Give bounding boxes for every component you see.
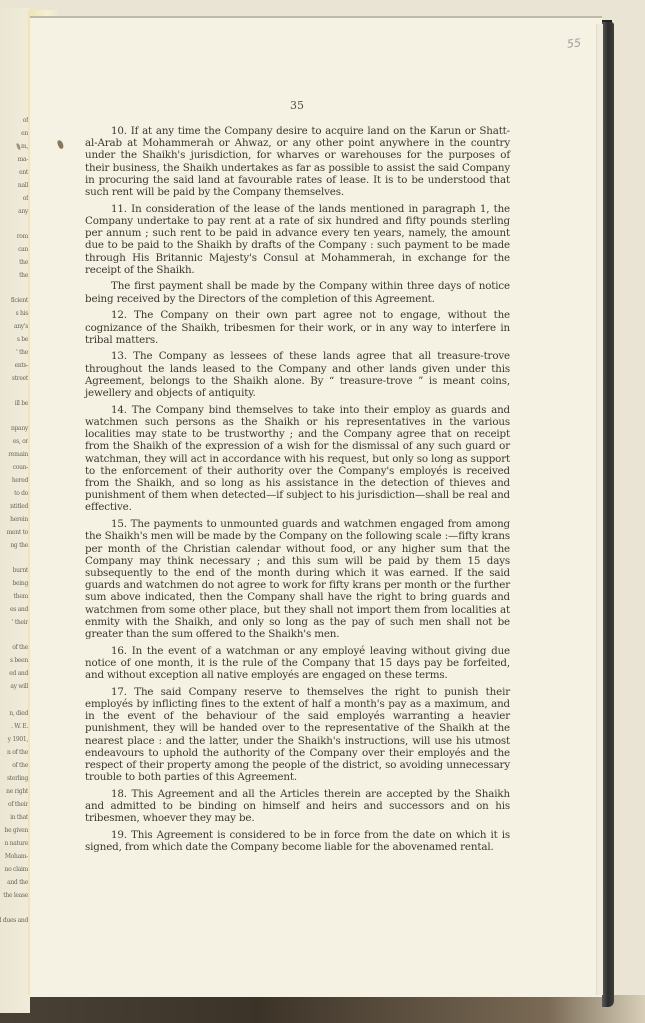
facing-page-text-fragment: al dues and: [0, 918, 28, 924]
facing-page-text-fragment: and the: [7, 880, 28, 886]
facing-page-text-fragment: of the: [12, 645, 28, 651]
facing-page-text-fragment: the: [19, 260, 28, 266]
facing-page-text-fragment: n, died: [9, 711, 28, 717]
facing-page-text-fragment: ' the: [16, 350, 28, 356]
paragraph-19: 19. This Agreement is considered to be i…: [85, 829, 510, 853]
page-edge: [596, 24, 603, 995]
facing-page-text-fragment: burnt: [13, 568, 28, 574]
facing-page-text-fragment: es, or: [13, 439, 28, 445]
facing-page-text-fragment: s his: [16, 311, 28, 317]
facing-page-text-fragment: remain: [8, 452, 28, 458]
facing-page-text-fragment: any's: [14, 324, 28, 330]
facing-page-text-fragment: being: [12, 581, 28, 587]
facing-page-text-fragment: the: [19, 273, 28, 279]
facing-page-text-fragment: sterling: [7, 776, 28, 782]
document-body: 10. If at any time the Company desire to…: [85, 125, 510, 858]
facing-page-text-fragment: ill be: [15, 401, 28, 407]
facing-page-text-fragment: street: [12, 376, 28, 382]
facing-page-text-fragment: m,: [21, 144, 28, 150]
facing-page-text-fragment: be given: [5, 828, 28, 834]
facing-page-text-fragment: ment to: [7, 530, 28, 536]
facing-page-text-fragment: ne right: [6, 789, 28, 795]
facing-page-text-fragment: s been: [10, 658, 28, 664]
paragraph-16: 16. In the event of a watchman or any em…: [85, 645, 510, 682]
facing-page-text-fragment: npany: [11, 426, 28, 432]
facing-page-text-fragment: hered: [12, 478, 28, 484]
facing-page-text-fragment: y 1901,: [8, 737, 28, 743]
paragraph-10: 10. If at any time the Company desire to…: [85, 125, 510, 198]
paragraph-12: 12. The Company on their own part agree …: [85, 309, 510, 346]
facing-page-text-fragment: . W. E.: [11, 724, 28, 730]
facing-page-text-fragment: ed and: [9, 671, 28, 677]
paragraph-13: 13. The Company as lessees of these land…: [85, 350, 510, 399]
facing-page-text-fragment: en: [21, 131, 28, 137]
facing-page-text-fragment: of their: [8, 802, 28, 808]
facing-page-text-fragment: them: [14, 594, 28, 600]
facing-page-text-fragment: any: [18, 209, 28, 215]
facing-page-text-fragment: can: [18, 247, 28, 253]
facing-page-text-fragment: ent: [19, 170, 28, 176]
facing-page-text-fragment: ents-: [15, 363, 28, 369]
facing-page-text-fragment: ficient: [11, 298, 28, 304]
paragraph-11: 11. In consideration of the lease of the…: [85, 203, 510, 276]
facing-page-text-fragment: s be: [17, 337, 28, 343]
facing-page-text-fragment: ng the: [10, 543, 28, 549]
facing-page-text-fragment: to do: [14, 491, 28, 497]
paragraph-18: 18. This Agreement and all the Articles …: [85, 788, 510, 825]
page-number: 35: [290, 99, 304, 112]
facing-page-text-fragment: coun-: [13, 465, 28, 471]
facing-page-text-fragment: in that: [10, 815, 28, 821]
paragraph-17: 17. The said Company reserve to themselv…: [85, 686, 510, 784]
facing-page-text-fragment: es and: [10, 607, 28, 613]
folio-annotation: 55: [566, 36, 581, 50]
facing-page-text-fragment: ma-: [18, 157, 28, 163]
facing-page-text-fragment: ntitled: [10, 504, 28, 510]
facing-page-text-fragment: rom: [17, 234, 28, 240]
facing-page-text-fragment: Moham-: [5, 854, 28, 860]
paragraph-15: 15. The payments to unmounted guards and…: [85, 518, 510, 640]
background-surface: [0, 995, 645, 1023]
facing-page-text-fragment: n of the: [7, 750, 28, 756]
binding-cover: [602, 22, 614, 1007]
facing-page-text-fragment: ' their: [12, 620, 28, 626]
facing-page-text-fragment: nall: [18, 183, 28, 189]
facing-page-text-fragment: herein: [10, 517, 28, 523]
facing-page-text-fragment: no claim: [5, 867, 28, 873]
facing-page-text-fragment: the lease: [3, 893, 28, 899]
facing-page-text-fragment: ay will: [10, 684, 28, 690]
facing-page-text-fragment: n nature: [4, 841, 28, 847]
facing-page: ofenm,ma-entnallofanyromcanthetheficient…: [0, 8, 30, 1013]
paragraph-14: 14. The Company bind themselves to take …: [85, 404, 510, 514]
paragraph-11-continued: The first payment shall be made by the C…: [85, 280, 510, 304]
facing-page-text-fragment: of the: [12, 763, 28, 769]
